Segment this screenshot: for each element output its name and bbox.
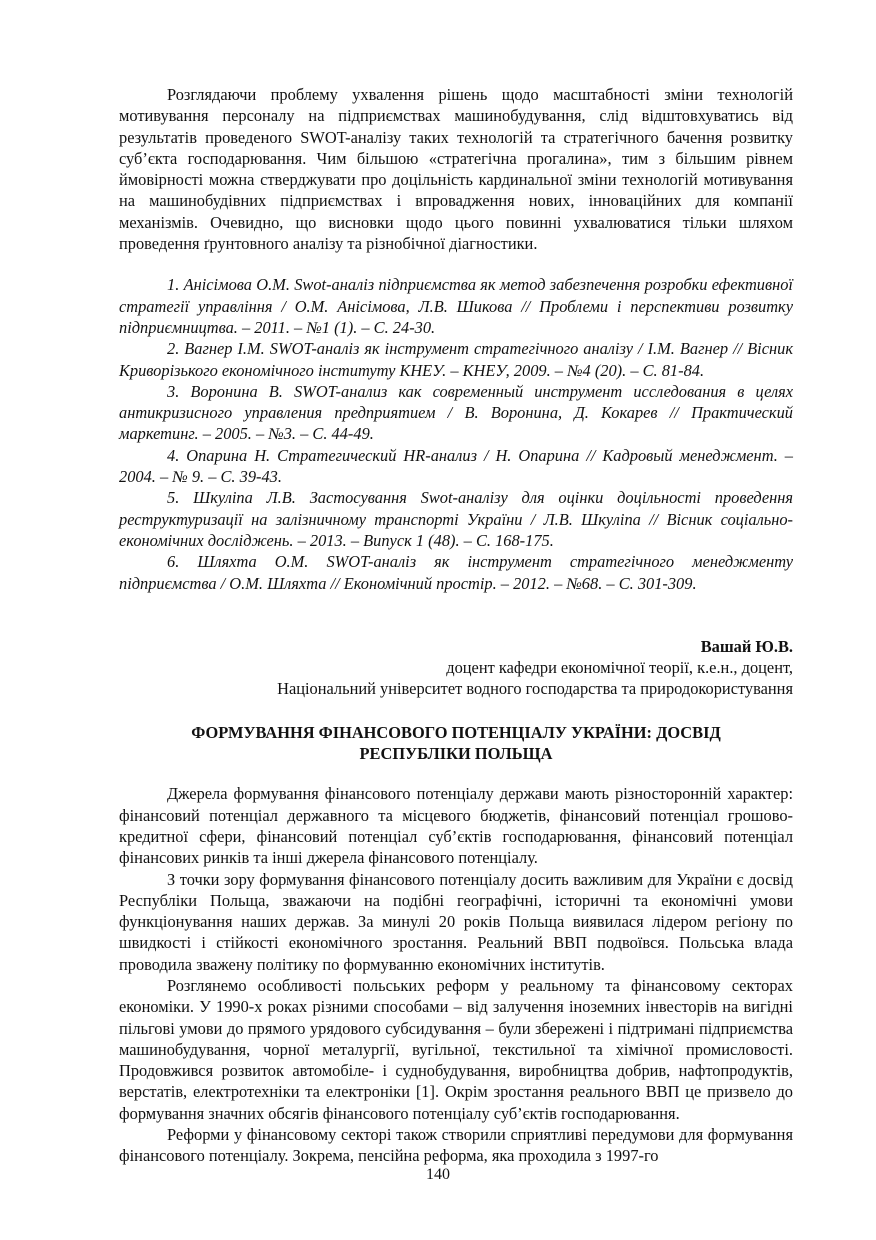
body-paragraph: Розглянемо особливості польських реформ … bbox=[119, 975, 793, 1124]
article-title: ФОРМУВАННЯ ФІНАНСОВОГО ПОТЕНЦІАЛУ УКРАЇН… bbox=[119, 722, 793, 765]
reference-item: 1. Анісімова О.М. Swot-аналіз підприємст… bbox=[119, 274, 793, 338]
reference-item: 4. Опарина Н. Стратегический HR-анализ /… bbox=[119, 445, 793, 488]
author-name: Вашай Ю.В. bbox=[119, 636, 793, 657]
reference-item: 5. Шкуліпа Л.В. Застосування Swot-аналіз… bbox=[119, 487, 793, 551]
reference-list: 1. Анісімова О.М. Swot-аналіз підприємст… bbox=[119, 274, 793, 593]
reference-item: 3. Воронина В. SWOT-анализ как современн… bbox=[119, 381, 793, 445]
page-content: Розглядаючи проблему ухвалення рішень що… bbox=[119, 84, 793, 1167]
author-position: доцент кафедри економічної теорії, к.е.н… bbox=[119, 657, 793, 678]
article-body: Джерела формування фінансового потенціал… bbox=[119, 783, 793, 1166]
reference-item: 2. Вагнер І.М. SWOT-аналіз як інструмент… bbox=[119, 338, 793, 381]
body-paragraph: З точки зору формування фінансового поте… bbox=[119, 869, 793, 975]
body-paragraph: Джерела формування фінансового потенціал… bbox=[119, 783, 793, 868]
article-title-line: РЕСПУБЛІКИ ПОЛЬЩА bbox=[119, 743, 793, 764]
page-number: 140 bbox=[0, 1166, 876, 1184]
intro-paragraph: Розглядаючи проблему ухвалення рішень що… bbox=[119, 84, 793, 254]
author-affiliation: Національний університет водного господа… bbox=[119, 678, 793, 699]
reference-item: 6. Шляхта О.М. SWOT-аналіз як інструмент… bbox=[119, 551, 793, 594]
body-paragraph: Реформи у фінансовому секторі також ство… bbox=[119, 1124, 793, 1167]
article-title-line: ФОРМУВАННЯ ФІНАНСОВОГО ПОТЕНЦІАЛУ УКРАЇН… bbox=[119, 722, 793, 743]
author-block: Вашай Ю.В. доцент кафедри економічної те… bbox=[119, 636, 793, 700]
